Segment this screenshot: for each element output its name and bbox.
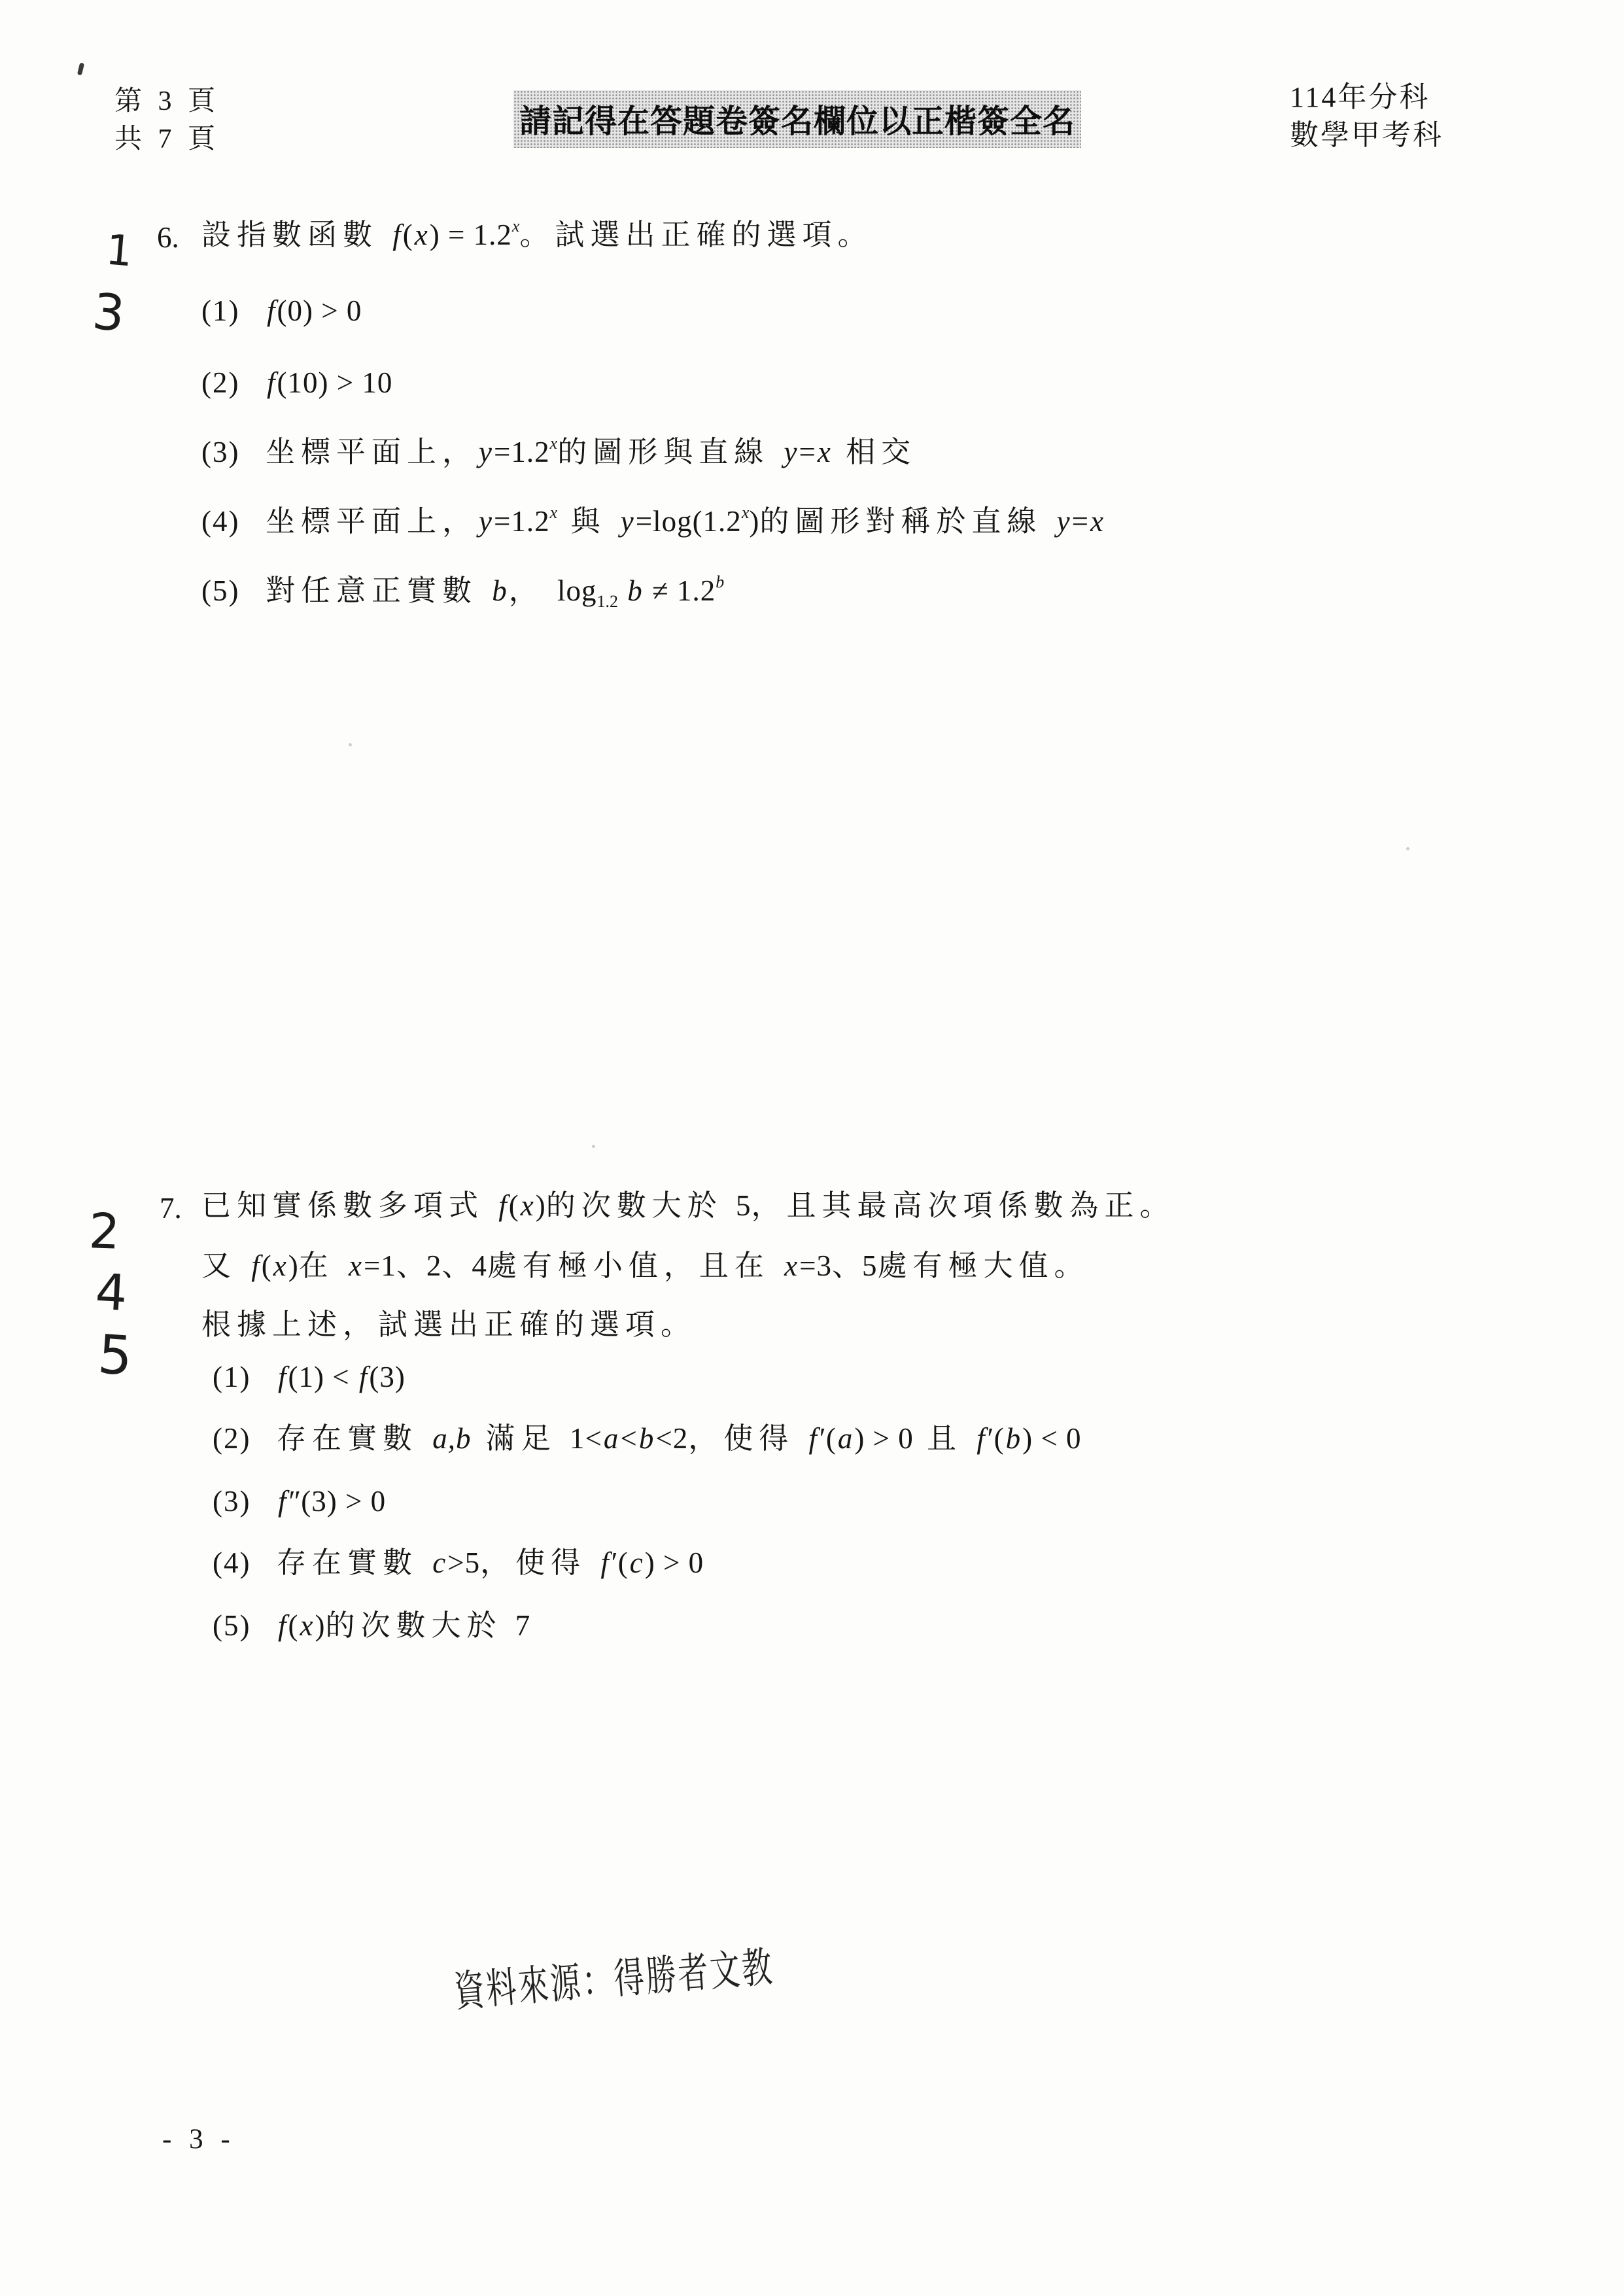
text-part: (0) > 0 [277,294,362,327]
text-part: 又 [201,1249,250,1282]
question-7-stem-line3: 根據上述，試選出正確的選項。 [201,1307,696,1342]
scan-speck [1406,847,1409,850]
text-part: f [358,1361,370,1393]
text-part: 1.2 [597,592,619,611]
text-part: ) [749,505,759,538]
signature-notice-banner: 請記得在答題卷簽名欄位以正楷簽全名 [513,90,1081,148]
question-6-option-4: (4)坐標平面上，y=1.2x 與 y=log(1.2x)的圖形對稱於直線 y=… [201,502,1105,539]
text-part: b [638,1422,656,1455]
text-part: (1) < [288,1361,358,1393]
text-part: 與 [557,505,619,538]
text-part: = [799,436,816,468]
text-part: (10) > 10 [277,366,393,399]
text-part: 對任意正實數 [266,574,491,607]
text-part: 坐標平面上， [266,436,477,468]
text-part: x [347,1249,364,1282]
text-part: =1.2 [494,505,550,538]
option-text: 對任意正實數 b， log1.2 b ≠ 1.2b [266,574,724,607]
text-part: f [250,1249,262,1282]
text-part: ≠ 1.2 [644,574,716,607]
text-part: =log(1.2 [636,505,742,538]
text-part: 存在實數 [277,1546,431,1579]
text-part: f″ [277,1485,301,1518]
option-text: f(10) > 10 [266,366,392,399]
question-6-option-1: (1)f(0) > 0 [201,293,362,328]
text-part: 的圖形與直線 [557,436,782,468]
text-part: b [491,574,509,607]
question-6-number: 6. [157,220,179,255]
text-part: ) [315,1609,326,1642]
text-part: x [413,218,430,251]
text-part: ( [288,1609,299,1642]
text-part: y [782,436,799,468]
handwritten-answer-mark-q6-3: 3 [90,287,127,339]
handwritten-answer-mark-q7-4: 4 [94,1267,128,1318]
text-part: x [519,1189,536,1222]
text-part: ( [826,1422,837,1455]
ink-speck [77,62,84,75]
text-part: b [716,572,724,591]
text-part: 7 [515,1609,531,1642]
text-part: f′ [807,1422,825,1455]
text-part: 坐標平面上， [266,505,477,538]
exam-title-line1: 114年分科 [1290,78,1443,116]
text-part: b [618,574,644,607]
text-part: ， [509,574,557,607]
text-part: a,b [431,1422,472,1455]
text-part: f [266,366,277,399]
text-part: 處有極大值。 [878,1249,1090,1282]
text-part: x [299,1609,315,1642]
question-7-option-5: (5)f(x)的次數大於 7 [213,1608,530,1643]
question-7-option-1: (1)f(1) < f(3) [213,1359,406,1395]
option-text: f″(3) > 0 [277,1485,386,1518]
text-part: ) > 0 [645,1546,704,1579]
exam-title-line2: 數學甲考科 [1290,116,1443,154]
option-text: f(0) > 0 [266,294,362,327]
option-label: (3) [213,1484,277,1519]
text-part: 且 [914,1422,976,1455]
option-label: (4) [213,1545,277,1580]
text-part: y [477,505,494,538]
text-part: ( [262,1249,272,1282]
text-part: 在 [299,1249,347,1282]
text-part: =1、2、4 [364,1249,487,1282]
scan-speck [349,743,352,746]
text-part: ( [994,1422,1005,1455]
option-label: (2) [213,1421,277,1456]
text-part: ) = 1.2 [430,218,512,251]
text-part: >5 [447,1546,480,1579]
text-part: log [557,574,597,607]
text-part: 1< [570,1422,602,1455]
text-part: x [512,217,520,235]
text-part: f [391,218,403,251]
option-text: 存在實數 a,b 滿足 1<a<b<2，使得 f′(a) > 0 且 f′(b)… [277,1422,1081,1455]
text-part: 的次數大於 [546,1189,736,1222]
option-label: (4) [201,504,266,539]
option-label: (5) [201,573,266,608]
text-part: ) < 0 [1022,1422,1081,1455]
handwritten-answer-mark-q6-1: 1 [104,229,134,273]
text-part: 5 [736,1189,752,1222]
exam-scan-page: 第 3 頁 共 7 頁 請記得在答題卷簽名欄位以正楷簽全名 114年分科 數學甲… [0,0,1624,2296]
option-label: (2) [201,365,266,400]
text-part: f [277,1361,288,1393]
text-part: f′ [975,1422,993,1455]
text-part: =1.2 [494,436,550,468]
option-text: 坐標平面上，y=1.2x的圖形與直線 y=x 相交 [266,436,916,468]
text-part: 根據上述，試選出正確的選項。 [201,1308,696,1341]
option-label: (5) [213,1608,277,1643]
text-part: <2 [655,1422,688,1455]
text-part: x [550,434,558,453]
text-part: (3) [369,1361,405,1393]
scan-speck [592,1145,595,1148]
text-part: x [742,503,750,522]
text-part: a [837,1422,855,1455]
option-label: (3) [201,434,266,470]
text-part: 相交 [833,436,916,468]
page-indicator-line2: 共 7 頁 [114,120,220,158]
option-text: 存在實數 c>5，使得 f′(c) > 0 [277,1546,704,1579]
text-part: f [277,1609,288,1642]
question-6-option-3: (3)坐標平面上，y=1.2x的圖形與直線 y=x 相交 [201,433,916,470]
text-part: =3、5 [799,1249,877,1282]
text-part: x [816,436,833,468]
question-6-option-5: (5)對任意正實數 b， log1.2 b ≠ 1.2b [201,572,724,612]
text-part: y [1056,505,1072,538]
text-part: 滿足 [473,1422,570,1455]
question-7-option-2: (2)存在實數 a,b 滿足 1<a<b<2，使得 f′(a) > 0 且 f′… [213,1421,1081,1456]
text-part: c [629,1546,645,1579]
question-7-number: 7. [160,1191,182,1226]
question-7-option-4: (4)存在實數 c>5，使得 f′(c) > 0 [213,1545,704,1580]
text-part: 存在實數 [277,1422,431,1455]
text-part: f′ [599,1546,617,1579]
text-part: b [1005,1422,1023,1455]
text-part: 設指數函數 [201,218,391,251]
text-part: f [497,1189,509,1222]
page-indicator-line1: 第 3 頁 [114,82,220,120]
exam-title: 114年分科 數學甲考科 [1290,78,1443,154]
text-part: ( [509,1189,519,1222]
text-part: ，使得 [688,1422,807,1455]
handwritten-answer-mark-q7-2: 2 [88,1207,121,1257]
footer-page-number: - 3 - [162,2123,235,2155]
question-7-option-3: (3)f″(3) > 0 [213,1484,386,1519]
text-part: y [477,436,494,468]
text-part: ( [403,218,413,251]
option-text: 坐標平面上，y=1.2x 與 y=log(1.2x)的圖形對稱於直線 y=x [266,505,1105,538]
text-part: 已知實係數多項式 [201,1189,497,1222]
question-6-stem: 設指數函數 f(x) = 1.2x。試選出正確的選項。 [201,216,872,252]
option-text: f(x)的次數大於 7 [277,1609,530,1642]
question-7-stem-line1: 已知實係數多項式 f(x)的次數大於 5，且其最高次項係數為正。 [201,1188,1175,1223]
text-part: x [783,1249,799,1282]
text-part: ，使得 [480,1546,599,1579]
text-part: f [266,294,277,327]
option-label: (1) [201,293,266,328]
text-part: ，且其最高次項係數為正。 [752,1189,1175,1222]
option-text: f(1) < f(3) [277,1361,406,1393]
handwritten-source-note: 資料來源：得勝者文教 [453,1941,776,2020]
text-part: 的次數大於 [326,1609,515,1642]
text-part: ) > 0 [854,1422,913,1455]
text-part: 處有極小值，且在 [487,1249,783,1282]
text-part: (3) > 0 [301,1485,386,1518]
text-part: 的圖形對稱於直線 [759,505,1055,538]
text-part: ( [618,1546,629,1579]
option-label: (1) [213,1359,277,1395]
text-part: = [1072,505,1089,538]
text-part: 。試選出正確的選項。 [519,218,872,251]
text-part: ) [536,1189,546,1222]
handwritten-answer-mark-q7-5: 5 [96,1328,134,1383]
question-6-option-2: (2)f(10) > 10 [201,365,392,400]
page-indicator: 第 3 頁 共 7 頁 [114,82,220,158]
text-part: c [431,1546,447,1579]
question-7-stem-line2: 又 f(x)在 x=1、2、4處有極小值，且在 x=3、5處有極大值。 [201,1248,1090,1283]
text-part: x [272,1249,288,1282]
text-part: y [619,505,636,538]
text-part: ) [288,1249,299,1282]
text-part: x [1089,505,1105,538]
text-part: a [602,1422,621,1455]
text-part: < [620,1422,637,1455]
text-part: x [550,503,558,522]
